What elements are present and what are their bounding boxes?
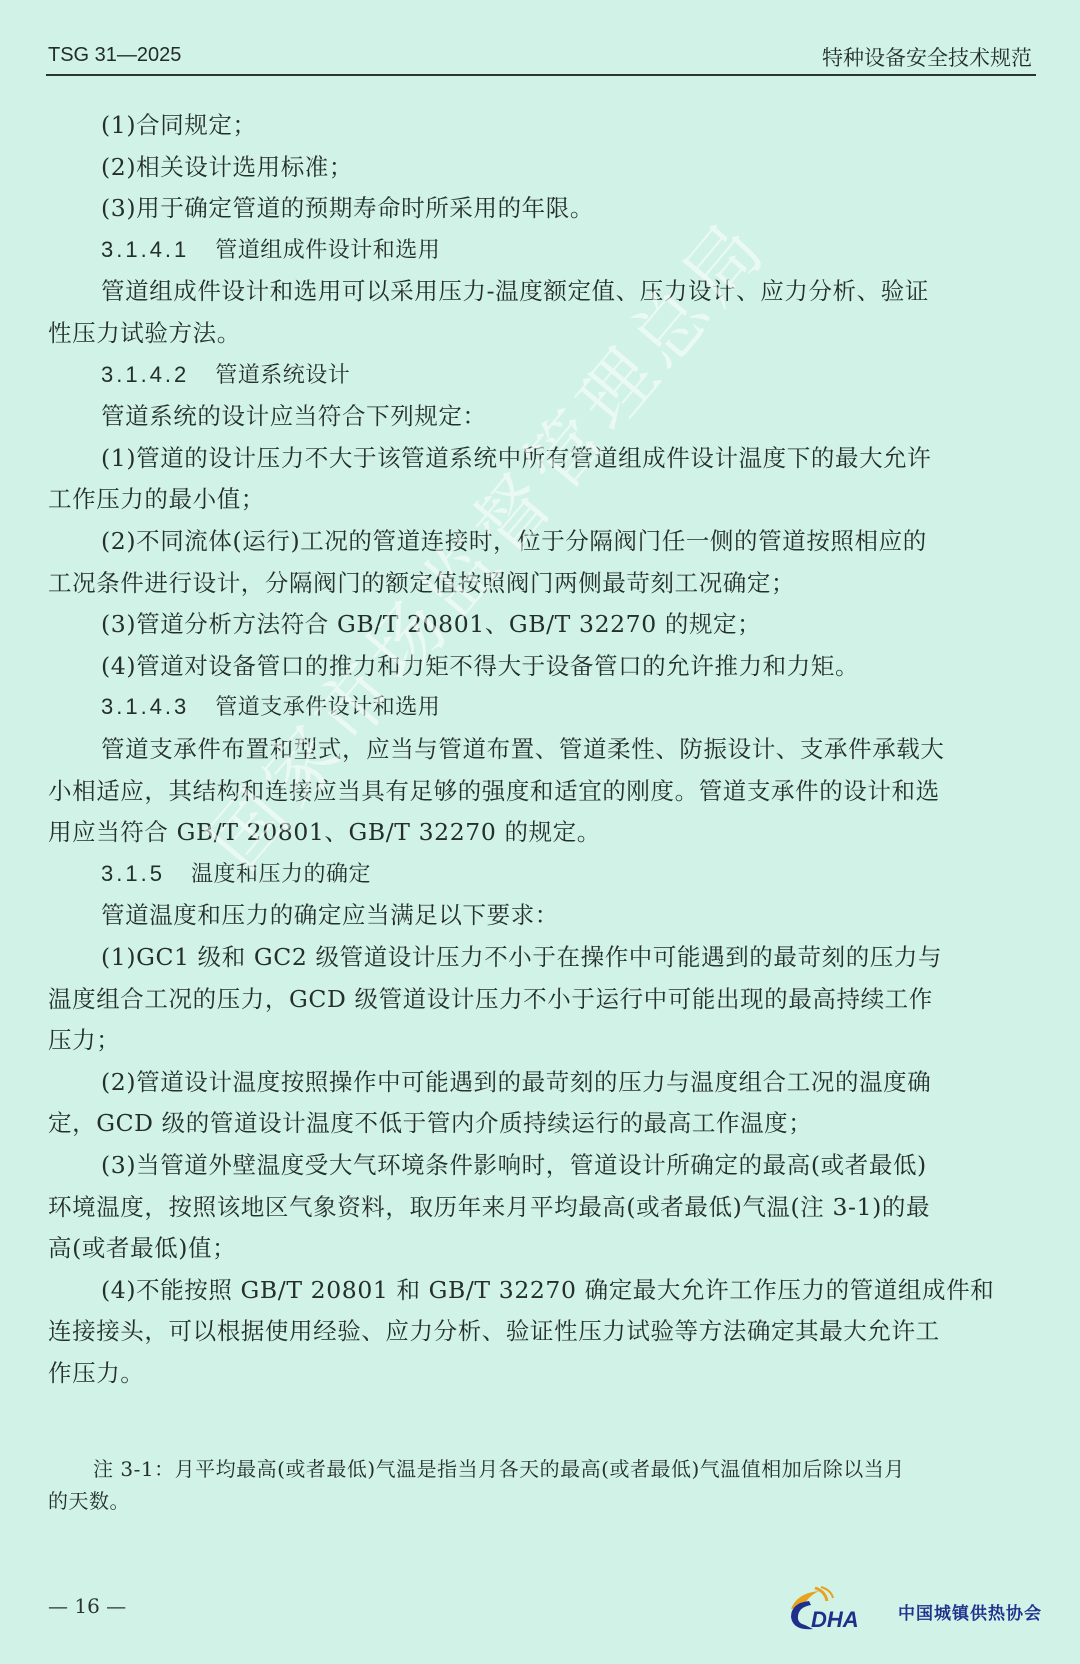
paragraph-line: 定，GCD 级的管道设计温度不低于管内介质持续运行的最高工作温度； [48, 1108, 812, 1138]
paragraph-line: 工况条件进行设计，分隔阀门的额定值按照阀门两侧最苛刻工况确定； [48, 568, 795, 598]
paragraph-line: 管道支承件布置和型式，应当与管道布置、管道柔性、防振设计、支承件承载大 [101, 734, 945, 764]
section-heading: 3.1.5温度和压力的确定 [101, 859, 371, 890]
section-title: 管道支承件设计和选用 [215, 695, 440, 720]
paragraph-line: (3)用于确定管道的预期寿命时所采用的年限。 [101, 193, 594, 223]
publisher-name: 中国城镇供热协会 [898, 1599, 1042, 1624]
paragraph-line: (2)不同流体(运行)工况的管道连接时，位于分隔阀门任一侧的管道按照相应的 [101, 526, 927, 556]
paragraph-line: 压力； [48, 1025, 120, 1055]
paragraph-line: 作压力。 [48, 1358, 144, 1388]
paragraph-line: 温度组合工况的压力，GCD 级管道设计压力不小于运行中可能出现的最高持续工作 [48, 984, 933, 1014]
footnote-line-2: 的天数。 [48, 1486, 130, 1516]
paragraph-line: 管道温度和压力的确定应当满足以下要求： [101, 900, 559, 930]
paragraph-line: 环境温度，按照该地区气象资料，取历年来月平均最高(或者最低)气温(注 3-1)的… [48, 1192, 930, 1222]
paragraph-line: 性压力试验方法。 [48, 318, 241, 348]
svg-text:DHA: DHA [811, 1607, 859, 1632]
paragraph-line: (2)管道设计温度按照操作中可能遇到的最苛刻的压力与温度组合工况的温度确 [101, 1067, 931, 1097]
paragraph-line: 管道组成件设计和选用可以采用压力-温度额定值、压力设计、应力分析、验证 [101, 276, 929, 306]
page-number: — 16 — [48, 1594, 126, 1618]
paragraph-line: (1)GC1 级和 GC2 级管道设计压力不小于在操作中可能遇到的最苛刻的压力与 [101, 942, 942, 972]
paragraph-line: (3)管道分析方法符合 GB/T 20801、GB/T 32270 的规定； [101, 609, 761, 639]
section-number: 3.1.5 [101, 861, 165, 886]
dha-logo-icon: DHA [785, 1585, 895, 1635]
section-heading: 3.1.4.3管道支承件设计和选用 [101, 692, 440, 723]
section-heading: 3.1.4.1管道组成件设计和选用 [101, 235, 440, 266]
paragraph-line: 连接接头，可以根据使用经验、应力分析、验证性压力试验等方法确定其最大允许工 [48, 1316, 940, 1346]
section-number: 3.1.4.2 [101, 362, 189, 387]
section-title: 管道组成件设计和选用 [215, 238, 440, 263]
footnote-line-1: 注 3-1：月平均最高(或者最低)气温是指当月各天的最高(或者最低)气温值相加后… [93, 1454, 905, 1484]
section-title: 管道系统设计 [215, 363, 350, 388]
publisher-logo: DHA 中国城镇供热协会 [785, 1585, 1055, 1635]
paragraph-line: (3)当管道外壁温度受大气环境条件影响时，管道设计所确定的最高(或者最低) [101, 1150, 927, 1180]
paragraph-line: 工作压力的最小值； [48, 484, 265, 514]
paragraph-line: 用应当符合 GB/T 20801、GB/T 32270 的规定。 [48, 817, 601, 847]
paragraph-line: (4)不能按照 GB/T 20801 和 GB/T 32270 确定最大允许工作… [101, 1275, 994, 1305]
paragraph-line: (2)相关设计选用标准； [101, 152, 353, 182]
document-code: TSG 31—2025 [48, 44, 181, 67]
section-number: 3.1.4.1 [101, 237, 189, 262]
paragraph-line: 管道系统的设计应当符合下列规定： [101, 401, 487, 431]
section-title: 温度和压力的确定 [191, 862, 371, 887]
section-number: 3.1.4.3 [101, 694, 189, 719]
paragraph-line: (4)管道对设备管口的推力和力矩不得大于设备管口的允许推力和力矩。 [101, 651, 859, 681]
page-header: TSG 31—2025 特种设备安全技术规范 [46, 40, 1036, 76]
paragraph-line: 高(或者最低)值； [48, 1233, 236, 1263]
paragraph-line: (1)管道的设计压力不大于该管道系统中所有管道组成件设计温度下的最大允许 [101, 443, 931, 473]
paragraph-line: 小相适应，其结构和连接应当具有足够的强度和适宜的刚度。管道支承件的设计和选 [48, 776, 940, 806]
paragraph-line: (1)合同规定； [101, 110, 257, 140]
document-series-title: 特种设备安全技术规范 [822, 42, 1032, 72]
section-heading: 3.1.4.2管道系统设计 [101, 360, 350, 391]
